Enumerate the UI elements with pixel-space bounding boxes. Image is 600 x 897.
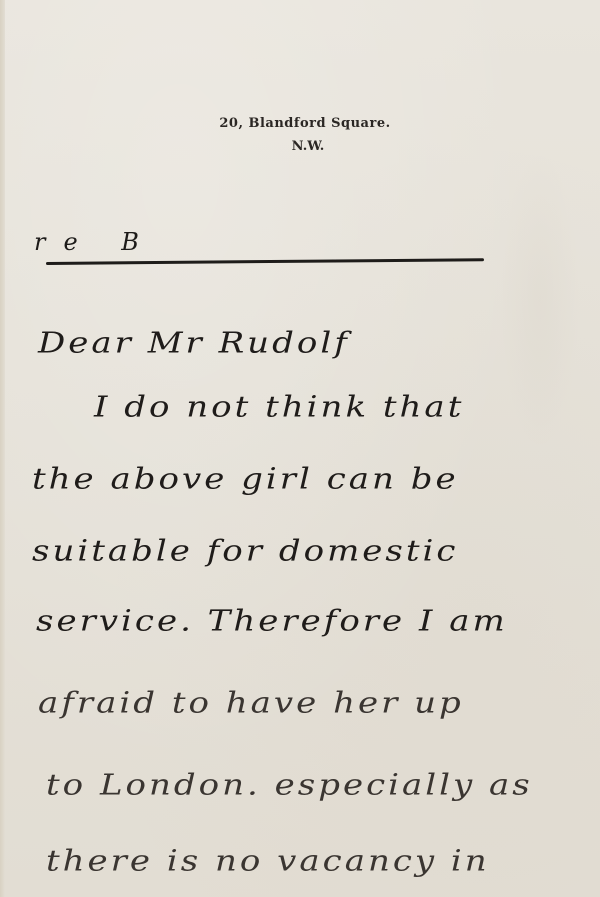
body-line: the above girl can be [32,462,459,496]
letterhead-district: N.W. [16,139,600,154]
body-line: suitable for domestic [32,534,458,568]
reference-line: re B [34,228,157,256]
body-line: afraid to have her up [38,686,464,720]
paper-bleed-through [500,150,580,450]
body-line: to London. especially as [46,768,533,802]
body-line: there is no vacancy in [46,844,490,878]
salutation: Dear Mr Rudolf [38,326,350,360]
letterhead-street: 20, Blandford Square. [10,116,600,131]
body-line: I do not think that [94,390,464,424]
body-line: service. Therefore I am [36,604,508,638]
letter-page: 20, Blandford Square. N.W. re B Dear Mr … [0,0,600,897]
letterhead: 20, Blandford Square. N.W. [0,116,600,154]
reference-underline [46,258,484,265]
